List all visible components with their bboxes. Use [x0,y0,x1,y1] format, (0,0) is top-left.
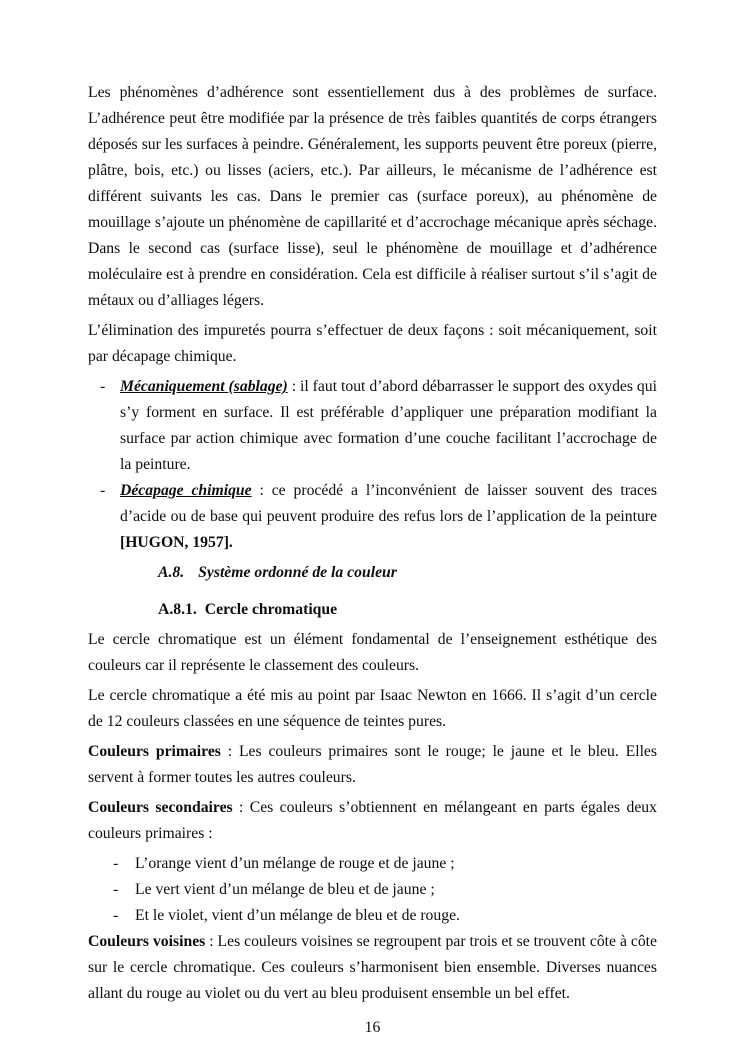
dash-bullet: - [113,877,118,903]
list-item-vert: -Le vert vient d’un mélange de bleu et d… [88,877,657,903]
term-couleurs-voisines: Couleurs voisines [88,933,205,950]
paragraph-couleurs-secondaires: Couleurs secondaires : Ces couleurs s’ob… [88,795,657,847]
paragraph-elimination: L’élimination des impuretés pourra s’eff… [88,318,657,370]
term-couleurs-primaires: Couleurs primaires [88,743,221,760]
citation-hugon: [HUGON, 1957]. [120,534,233,551]
heading-a8: A.8.Système ordonné de la couleur [158,560,657,586]
list-item-orange: -L’orange vient d’un mélange de rouge et… [88,851,657,877]
heading-a81-title: Cercle chromatique [205,601,337,618]
list-item-decapage: -Décapage chimique : ce procédé a l’inco… [88,478,657,556]
paragraph-couleurs-voisines: Couleurs voisines : Les couleurs voisine… [88,929,657,1007]
paragraph-adherence: Les phénomènes d’adhérence sont essentie… [88,80,657,314]
paragraph-couleurs-primaires: Couleurs primaires : Les couleurs primai… [88,739,657,791]
list-text-vert: Le vert vient d’un mélange de bleu et de… [135,881,435,898]
list-term-mecaniquement: Mécaniquement (sablage) [120,378,288,395]
heading-a8-number: A.8. [158,560,184,586]
term-couleurs-secondaires: Couleurs secondaires [88,799,233,816]
dash-bullet: - [113,851,118,877]
paragraph-cercle-newton: Le cercle chromatique a été mis au point… [88,683,657,735]
dash-bullet: - [100,374,105,400]
paragraph-cercle-definition: Le cercle chromatique est un élément fon… [88,627,657,679]
heading-a81-number: A.8.1. [158,597,197,623]
list-term-decapage: Décapage chimique [120,482,252,499]
list-text-orange: L’orange vient d’un mélange de rouge et … [135,855,455,872]
page-number: 16 [88,1015,657,1041]
list-item-violet: -Et le violet, vient d’un mélange de ble… [88,903,657,929]
list-text-violet: Et le violet, vient d’un mélange de bleu… [135,907,460,924]
dash-bullet: - [113,903,118,929]
list-item-mecaniquement: -Mécaniquement (sablage) : il faut tout … [88,374,657,478]
heading-a8-title: Système ordonné de la couleur [198,564,397,581]
heading-a81: A.8.1.Cercle chromatique [158,597,657,623]
document-page: Les phénomènes d’adhérence sont essentie… [0,0,745,1053]
dash-bullet: - [100,478,105,504]
